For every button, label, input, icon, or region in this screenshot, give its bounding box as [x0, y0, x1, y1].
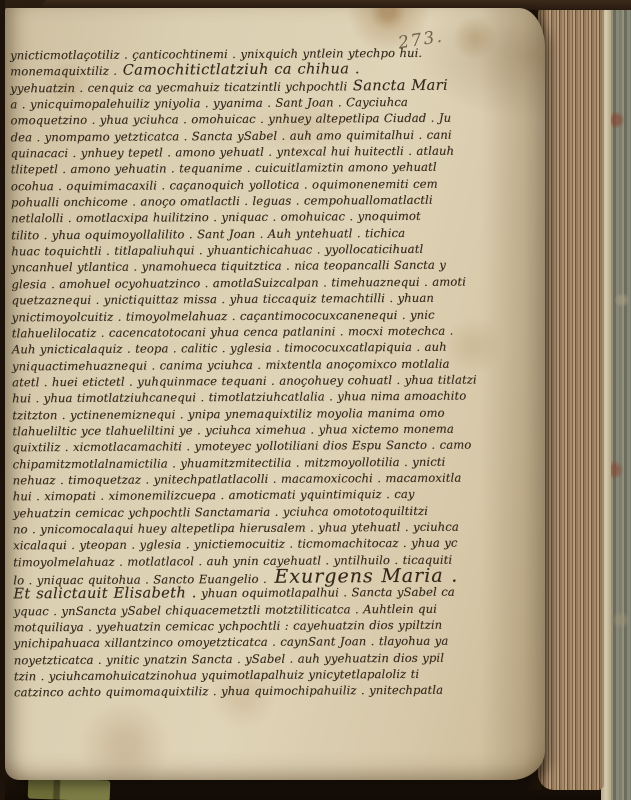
manuscript-line-text: hui . yhua timotlatziuhcanequi . timotla…: [12, 389, 466, 406]
manuscript-line-text: catzinco achto quimomaquixtiliz . yhua q…: [14, 683, 443, 700]
manuscript-heading: Sancta Mari: [347, 77, 448, 94]
manuscript-line: catzinco achto quimomaquixtiliz . yhua q…: [14, 682, 455, 701]
book-photo: 273. ynicticmotlaçotiliz . çanticochtine…: [0, 0, 631, 800]
manuscript-line-text: motquiliaya . yyehuatzin cemicac ychpoch…: [14, 618, 443, 635]
manuscript-line-text: tlitepetl . amono yehuatin . tequanime .…: [11, 160, 437, 177]
manuscript-line-text: ynichipahuaca xillantzinco omoyetzticatc…: [14, 634, 449, 651]
manuscript-heading: Et salictauit Elisabeth .: [13, 586, 196, 603]
manuscript-line-text: tzin . yciuhcamohuicatzinohua yquimotlap…: [14, 667, 419, 683]
manuscript-line-text: tilito . yhua oquimoyollalilito . Sant J…: [11, 226, 405, 242]
manuscript-line-text: yquac . ynSancta ySabel chiquacemetztli …: [13, 601, 437, 618]
manuscript-line-text: yehuatzin cemicac ychpochtli Sanctamaria…: [13, 503, 428, 520]
manuscript-line-text: xicalaqui . yteopan . yglesia . ynictiem…: [13, 536, 458, 553]
page-fore-edge: [538, 4, 604, 790]
manuscript-line-text: ynictimoyolcuitiz . timoyolmelahuaz . ca…: [12, 307, 435, 324]
manuscript-line-text: a . ynicquimopalehuiliz yniyolia . yyani…: [10, 95, 408, 111]
manuscript-line-text: quetzaznequi . ynictiquittaz missa . yhu…: [12, 291, 434, 308]
manuscript-line-text: yniquactimehuaznequi . canima yciuhca . …: [12, 356, 450, 373]
manuscript-line-text: monemaquixtiliz .: [10, 64, 117, 79]
manuscript-heading: Camochitictlatziuh ca chihua .: [117, 62, 360, 79]
manuscript-line-text: ocohua . oquimimacaxili . caçanoquich yo…: [11, 176, 438, 193]
manuscript-line-text: yyehuatzin . cenquiz ca yecmahuiz ticatz…: [10, 79, 347, 95]
manuscript-line-text: yncanhuel ytlantica . ynamohueca tiquitz…: [11, 258, 446, 275]
manuscript-line-text: tlahuelilocatiz . cacencatotocani yhua c…: [12, 323, 454, 340]
manuscript-line-text: chipamitzmotlalnamictilia . yhuamitzmite…: [13, 454, 446, 471]
manuscript-line-text: atetl . huei etictetl . yuhquinmace tequ…: [12, 372, 477, 389]
manuscript-line-text: glesia . amohuel ocyohuatzinco . amotlaS…: [11, 274, 466, 291]
manuscript-line-text: quinacaci . ynhuey tepetl . amono yehuat…: [11, 144, 454, 161]
manuscript-line: Auh ynicticalaquiz . teopa . calitic . y…: [12, 339, 453, 358]
manuscript-line-text: hui . ximopati . ximonemilizcuepa . amot…: [13, 487, 415, 503]
manuscript-text: ynicticmotlaçotiliz . çanticochtinemi . …: [10, 45, 455, 701]
manuscript-line: quetzaznequi . ynictiquittaz missa . yhu…: [12, 290, 453, 309]
manuscript-line-text: netlalolli . omotlacxipa huilitzino . yn…: [11, 209, 421, 226]
manuscript-line-text: quixtiliz . xicmotlacamachiti . ymoteyec…: [12, 438, 471, 455]
manuscript-line: ynicticmotlaçotiliz . çanticochtinemi . …: [10, 45, 451, 64]
manuscript-line-text: Auh ynicticalaquiz . teopa . calitic . y…: [12, 340, 447, 357]
manuscript-line-text: omoquetzino . yhua yciuhca . omohuicac .…: [10, 111, 451, 128]
ribbon-bookmark: [28, 778, 111, 800]
manuscript-line-text: tzitzton . yctinenemiznequi . ynipa ynem…: [12, 405, 444, 422]
manuscript-line-text: yhuan oquimotlapalhui . Sancta ySabel ca: [197, 585, 455, 601]
manuscript-page: 273. ynicticmotlaçotiliz . çanticochtine…: [5, 8, 545, 780]
manuscript-line-text: huac toquichtli . titlapaliuhqui . yhuan…: [11, 242, 423, 259]
manuscript-line-text: noyetzticatca . ynitic ynatzin Sancta . …: [14, 650, 444, 667]
manuscript-line-text: dea . ynompamo yetzticatca . Sancta ySab…: [11, 127, 452, 144]
manuscript-line-text: tlahueliltic yce tlahueliltini ye . yciu…: [12, 422, 454, 439]
marbled-endpaper: [608, 0, 631, 800]
manuscript-line-text: no . ynicomocalaqui huey altepetlipa hie…: [13, 520, 459, 537]
manuscript-line-text: nehuaz . timoquetzaz . ynitechpatlatlaco…: [13, 471, 462, 488]
manuscript-line-text: pohualli onchicome . anoço omatlactli . …: [11, 193, 433, 210]
manuscript-line-text: ynicticmotlaçotiliz . çanticochtinemi . …: [10, 46, 422, 63]
